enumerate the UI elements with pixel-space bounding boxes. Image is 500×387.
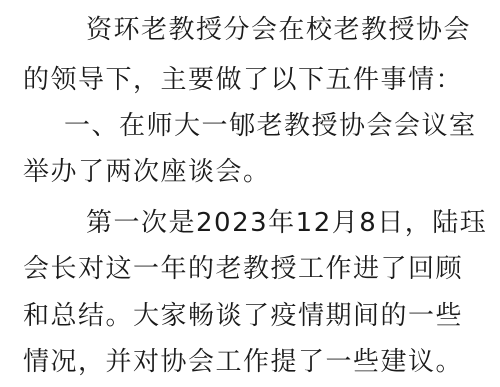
text-line: 资环老教授分会在校老教授协会: [86, 14, 471, 46]
text-line: 一、在师大一郇老教授协会会议室: [64, 110, 477, 142]
text-line: 和总结。大家畅谈了疫情期间的一些: [23, 300, 463, 332]
text-line: 第一次是2023年12月8日，陆珏: [86, 207, 487, 239]
text-line: 的领导下，主要做了以下五件事情：: [23, 64, 463, 96]
text-line: 情况，并对协会工作提了一些建议。: [23, 346, 463, 378]
text-line: 举办了两次座谈会。: [23, 156, 271, 188]
document-body: 资环老教授分会在校老教授协会 的领导下，主要做了以下五件事情： 一、在师大一郇老…: [0, 0, 500, 387]
text-line: 会长对这一年的老教授工作进了回顾: [23, 253, 463, 285]
